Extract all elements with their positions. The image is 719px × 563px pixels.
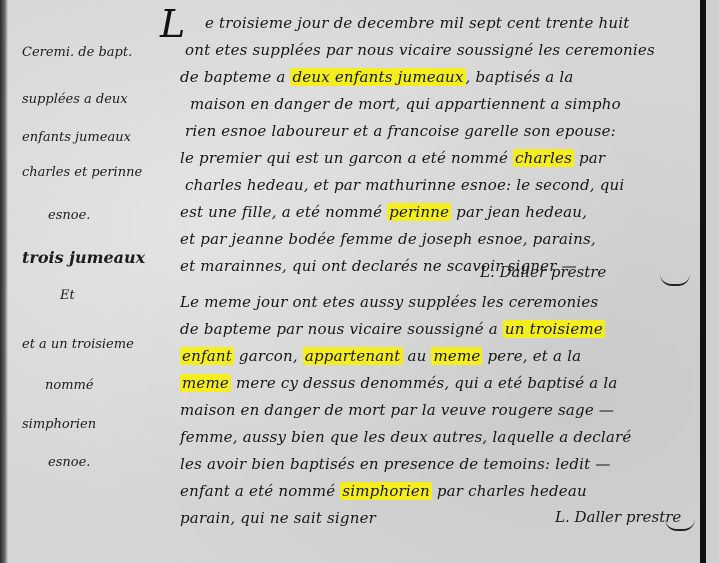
margin-note: et a un troisieme bbox=[22, 337, 134, 352]
margin-note: enfants jumeaux bbox=[22, 130, 131, 145]
highlighted-phrase: meme bbox=[180, 374, 231, 392]
text-span: les avoir bien baptisés en presence de t… bbox=[180, 455, 611, 473]
text-span: enfant a eté nommé bbox=[180, 482, 340, 500]
text-line: rien esnoe laboureur et a francoise gare… bbox=[185, 122, 616, 140]
text-span: femme, aussy bien que les deux autres, l… bbox=[180, 428, 631, 446]
text-line: ont etes supplées par nous vicaire souss… bbox=[185, 41, 655, 59]
margin-note: Et bbox=[60, 288, 75, 303]
text-line: maison en danger de mort, qui appartienn… bbox=[190, 95, 621, 113]
highlighted-phrase: simphorien bbox=[340, 482, 432, 500]
text-line: enfant a eté nommé simphorien par charle… bbox=[180, 482, 587, 500]
text-span: le premier qui est un garcon a eté nommé bbox=[180, 149, 513, 167]
highlighted-phrase: enfant bbox=[180, 347, 234, 365]
margin-note: charles et perinne bbox=[22, 165, 142, 180]
page-binding-edge bbox=[0, 0, 8, 563]
highlighted-phrase: deux enfants jumeaux bbox=[290, 68, 465, 86]
text-span: de bapteme a bbox=[180, 68, 290, 86]
margin-note: supplées a deux bbox=[22, 92, 128, 107]
text-line: meme mere cy dessus denommés, qui a eté … bbox=[180, 374, 618, 392]
text-line: les avoir bien baptisés en presence de t… bbox=[180, 455, 611, 473]
text-span: maison en danger de mort par la veuve ro… bbox=[180, 401, 614, 419]
highlighted-phrase: perinne bbox=[387, 203, 451, 221]
highlighted-phrase: appartenant bbox=[303, 347, 403, 365]
adjacent-page-strip bbox=[706, 0, 719, 563]
text-line: e troisieme jour de decembre mil sept ce… bbox=[205, 14, 630, 32]
margin-note: simphorien bbox=[22, 417, 96, 432]
signature-flourish-2 bbox=[665, 513, 695, 531]
text-span: de bapteme par nous vicaire soussigné a bbox=[180, 320, 503, 338]
text-line: de bapteme par nous vicaire soussigné a … bbox=[180, 320, 605, 338]
text-span: mere cy dessus denommés, qui a eté bapti… bbox=[231, 374, 618, 392]
text-span: parain, qui ne sait signer bbox=[180, 509, 376, 527]
text-span: est une fille, a eté nommé bbox=[180, 203, 387, 221]
text-span: par charles hedeau bbox=[432, 482, 587, 500]
signature-1: L. Daller prestre bbox=[480, 263, 606, 281]
register-page: L Ceremi. de bapt.supplées a deuxenfants… bbox=[0, 0, 719, 563]
text-span: au bbox=[403, 347, 432, 365]
text-line: maison en danger de mort par la veuve ro… bbox=[180, 401, 614, 419]
margin-note: esnoe. bbox=[48, 208, 90, 223]
text-line: et par jeanne bodée femme de joseph esno… bbox=[180, 230, 596, 248]
text-span: maison en danger de mort, qui appartienn… bbox=[190, 95, 621, 113]
margin-note: trois jumeaux bbox=[22, 248, 145, 267]
text-span: garcon, bbox=[234, 347, 303, 365]
highlighted-phrase: charles bbox=[513, 149, 574, 167]
text-line: charles hedeau, et par mathurinne esnoe:… bbox=[185, 176, 624, 194]
text-line: est une fille, a eté nommé perinne par j… bbox=[180, 203, 587, 221]
decorated-initial: L bbox=[160, 2, 185, 46]
text-span: par bbox=[574, 149, 605, 167]
text-span: e troisieme jour de decembre mil sept ce… bbox=[205, 14, 630, 32]
highlighted-phrase: meme bbox=[431, 347, 482, 365]
text-line: femme, aussy bien que les deux autres, l… bbox=[180, 428, 631, 446]
signature-2: L. Daller prestre bbox=[555, 508, 681, 526]
text-span: par jean hedeau, bbox=[451, 203, 587, 221]
text-line: enfant garcon, appartenant au meme pere,… bbox=[180, 347, 581, 365]
highlighted-phrase: un troisieme bbox=[503, 320, 605, 338]
text-span: Le meme jour ont etes aussy supplées les… bbox=[180, 293, 598, 311]
text-line: parain, qui ne sait signer bbox=[180, 509, 376, 527]
text-span: charles hedeau, et par mathurinne esnoe:… bbox=[185, 176, 624, 194]
text-span: pere, et a la bbox=[482, 347, 581, 365]
signature-flourish-1 bbox=[660, 268, 690, 286]
text-line: Le meme jour ont etes aussy supplées les… bbox=[180, 293, 598, 311]
margin-note: Ceremi. de bapt. bbox=[22, 45, 132, 60]
margin-note: nommé bbox=[45, 378, 94, 393]
text-span: rien esnoe laboureur et a francoise gare… bbox=[185, 122, 616, 140]
text-line: de bapteme a deux enfants jumeaux, bapti… bbox=[180, 68, 574, 86]
margin-note: esnoe. bbox=[48, 455, 90, 470]
text-line: le premier qui est un garcon a eté nommé… bbox=[180, 149, 605, 167]
text-span: , baptisés a la bbox=[466, 68, 574, 86]
text-span: ont etes supplées par nous vicaire souss… bbox=[185, 41, 655, 59]
text-span: et par jeanne bodée femme de joseph esno… bbox=[180, 230, 596, 248]
